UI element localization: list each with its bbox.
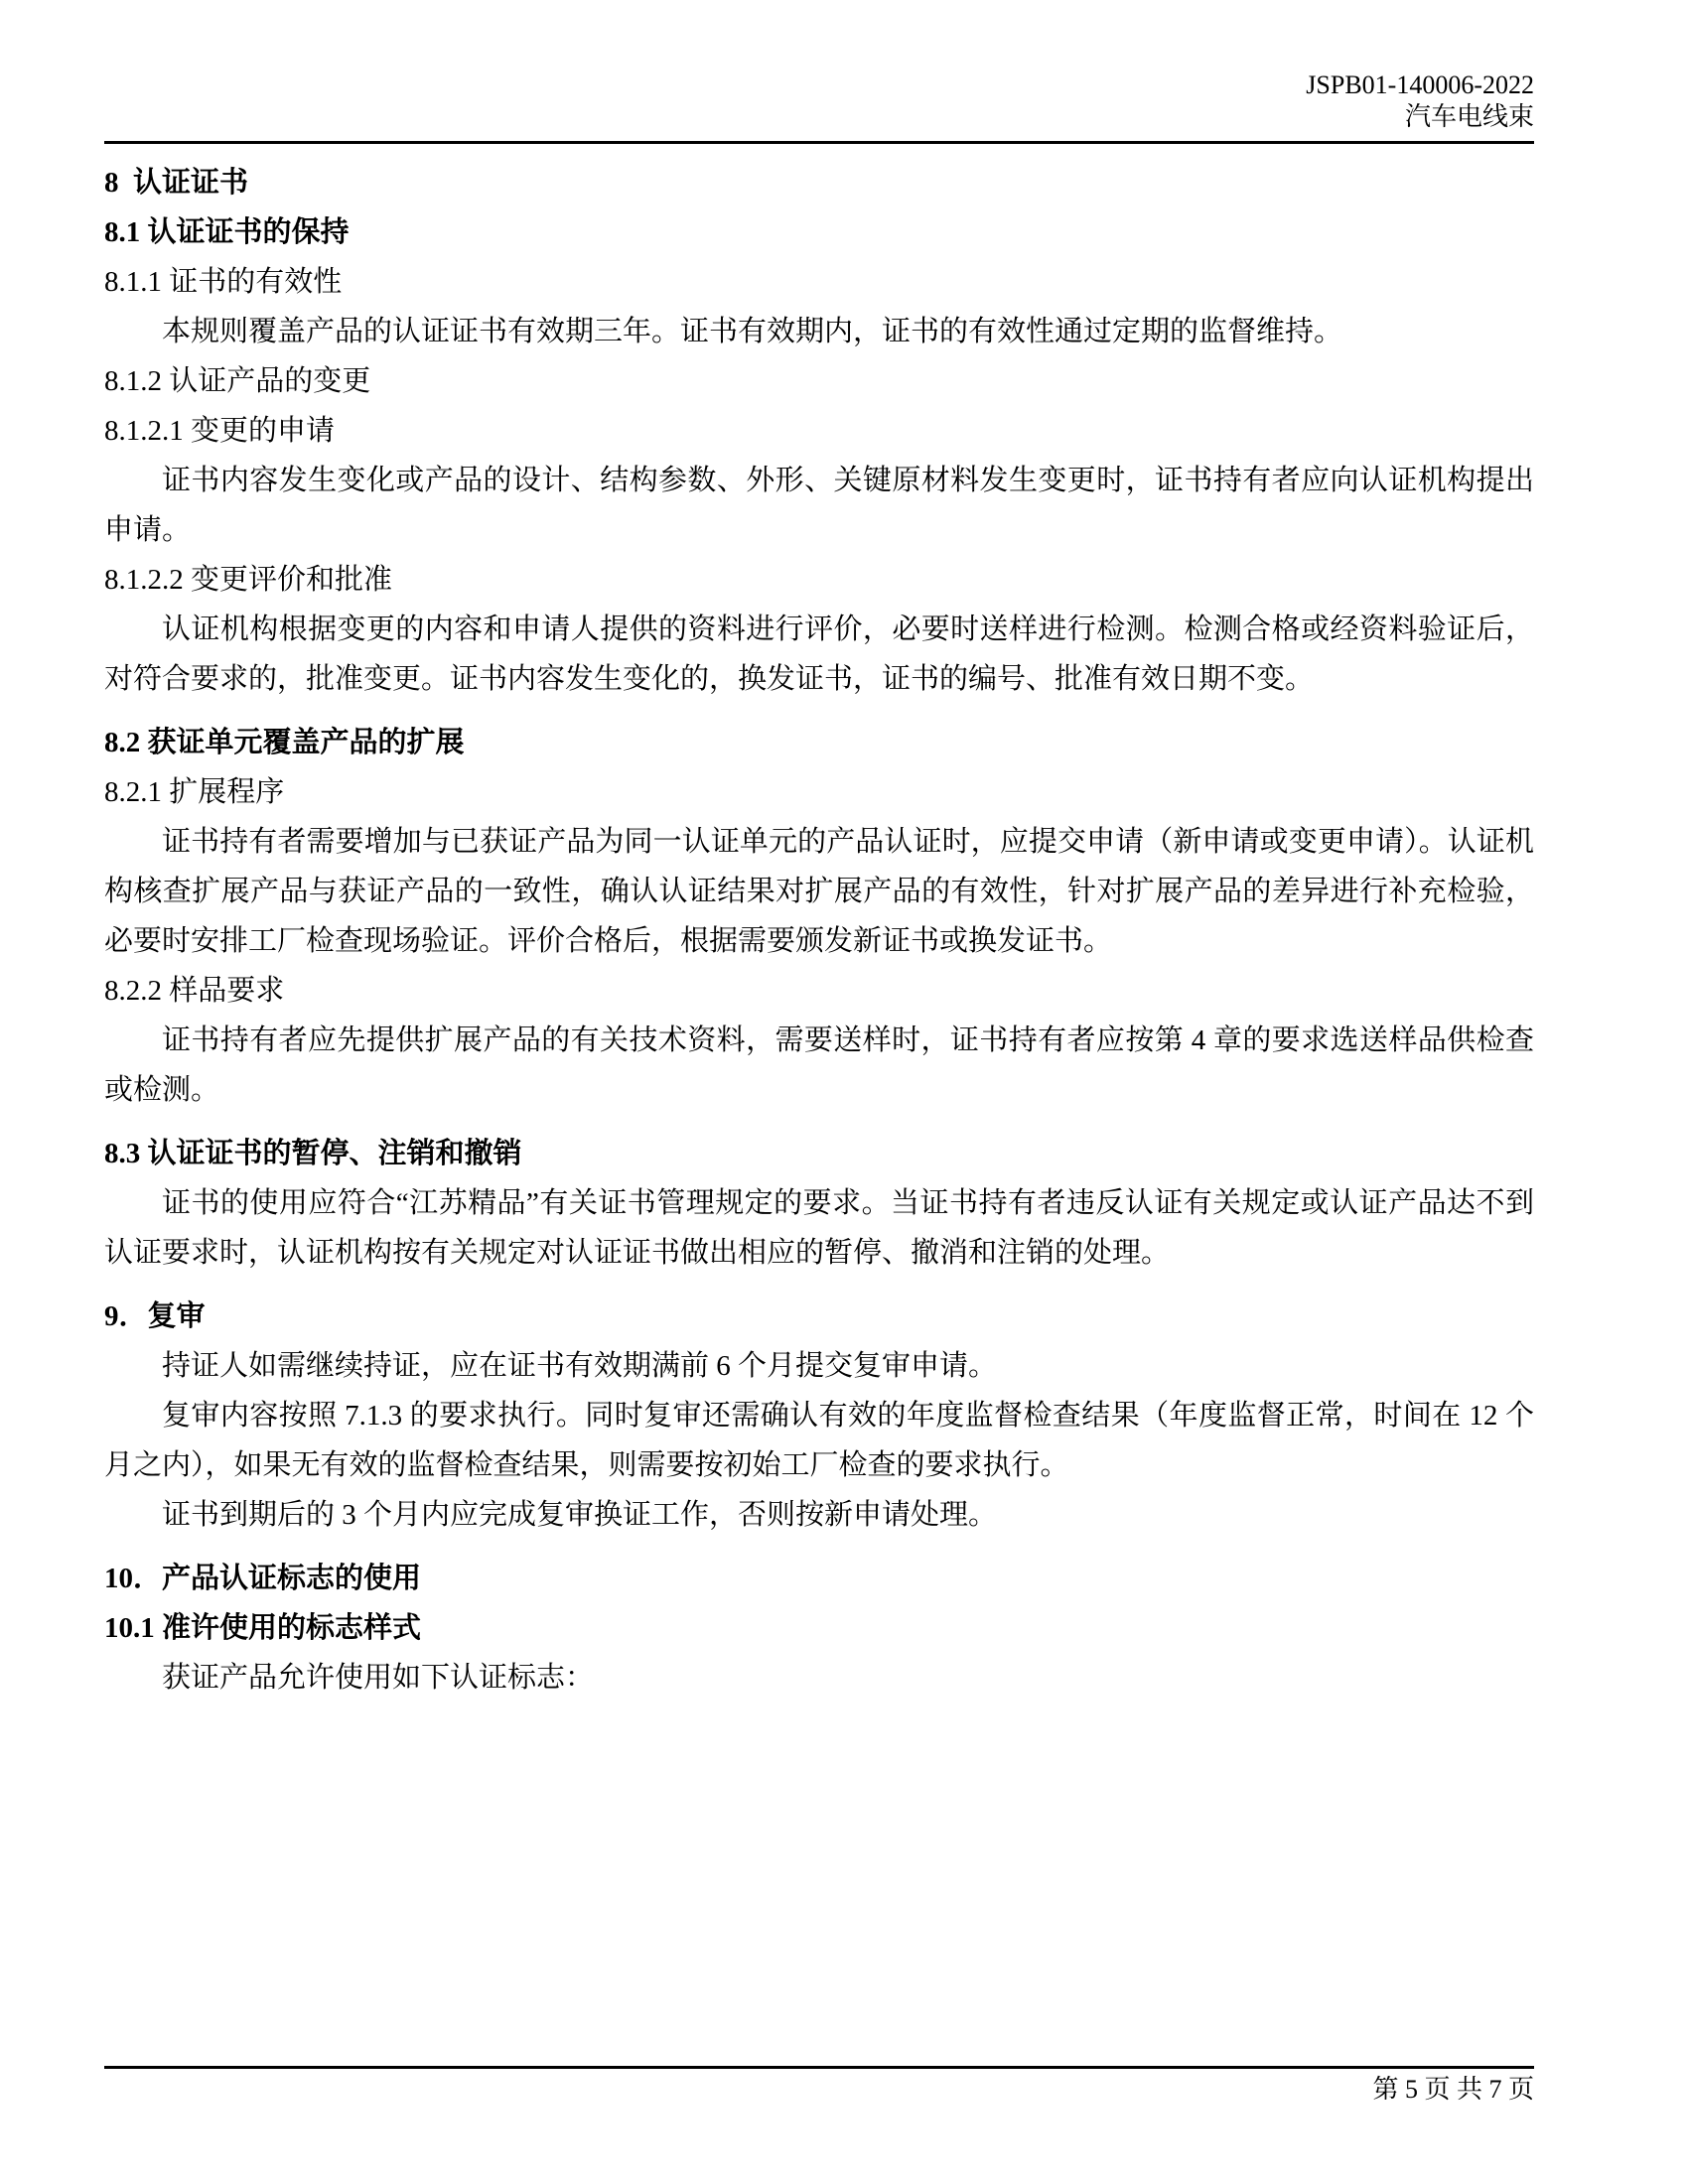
paragraph-8-1-1: 本规则覆盖产品的认证证书有效期三年。证书有效期内，证书的有效性通过定期的监督维持…	[104, 307, 1534, 356]
heading-8-1-1: 8.1.1 证书的有效性	[104, 257, 1534, 307]
paragraph-8-2-1: 证书持有者需要增加与已获证产品为同一认证单元的产品认证时，应提交申请（新申请或变…	[104, 817, 1534, 966]
paragraph-10-1: 获证产品允许使用如下认证标志：	[104, 1653, 1534, 1703]
heading-8-1-2-2: 8.1.2.2 变更评价和批准	[104, 555, 1534, 605]
doc-subject: 汽车电线束	[104, 101, 1534, 133]
paragraph-9-b: 复审内容按照 7.1.3 的要求执行。同时复审还需确认有效的年度监督检查结果（年…	[104, 1391, 1534, 1490]
heading-9: 9．复审	[104, 1292, 1534, 1341]
heading-8: 8 认证证书	[104, 158, 1534, 207]
heading-8-1-2-1: 8.1.2.1 变更的申请	[104, 406, 1534, 456]
document-body: 8 认证证书 8.1 认证证书的保持 8.1.1 证书的有效性 本规则覆盖产品的…	[104, 158, 1534, 1703]
doc-number: JSPB01-140006-2022	[104, 69, 1534, 101]
paragraph-8-1-2-1: 证书内容发生变化或产品的设计、结构参数、外形、关键原材料发生变更时，证书持有者应…	[104, 456, 1534, 555]
page-footer: 第 5 页 共 7 页	[104, 2066, 1534, 2107]
heading-8-1: 8.1 认证证书的保持	[104, 207, 1534, 257]
paragraph-9-c: 证书到期后的 3 个月内应完成复审换证工作，否则按新申请处理。	[104, 1490, 1534, 1540]
page-number: 第 5 页 共 7 页	[1372, 2075, 1534, 2104]
page-header: JSPB01-140006-2022 汽车电线束	[104, 0, 1534, 144]
heading-8-2-2: 8.2.2 样品要求	[104, 966, 1534, 1016]
heading-10: 10．产品认证标志的使用	[104, 1554, 1534, 1603]
heading-8-2: 8.2 获证单元覆盖产品的扩展	[104, 718, 1534, 767]
paragraph-8-2-2: 证书持有者应先提供扩展产品的有关技术资料，需要送样时，证书持有者应按第 4 章的…	[104, 1016, 1534, 1115]
document-page: JSPB01-140006-2022 汽车电线束 8 认证证书 8.1 认证证书…	[0, 0, 1688, 2184]
paragraph-8-1-2-2: 认证机构根据变更的内容和申请人提供的资料进行评价，必要时送样进行检测。检测合格或…	[104, 605, 1534, 704]
paragraph-8-3: 证书的使用应符合“江苏精品”有关证书管理规定的要求。当证书持有者违反认证有关规定…	[104, 1178, 1534, 1278]
heading-8-1-2: 8.1.2 认证产品的变更	[104, 356, 1534, 406]
heading-10-1: 10.1 准许使用的标志样式	[104, 1603, 1534, 1653]
heading-8-3: 8.3 认证证书的暂停、注销和撤销	[104, 1129, 1534, 1178]
paragraph-9-a: 持证人如需继续持证，应在证书有效期满前 6 个月提交复审申请。	[104, 1341, 1534, 1391]
heading-8-2-1: 8.2.1 扩展程序	[104, 767, 1534, 817]
